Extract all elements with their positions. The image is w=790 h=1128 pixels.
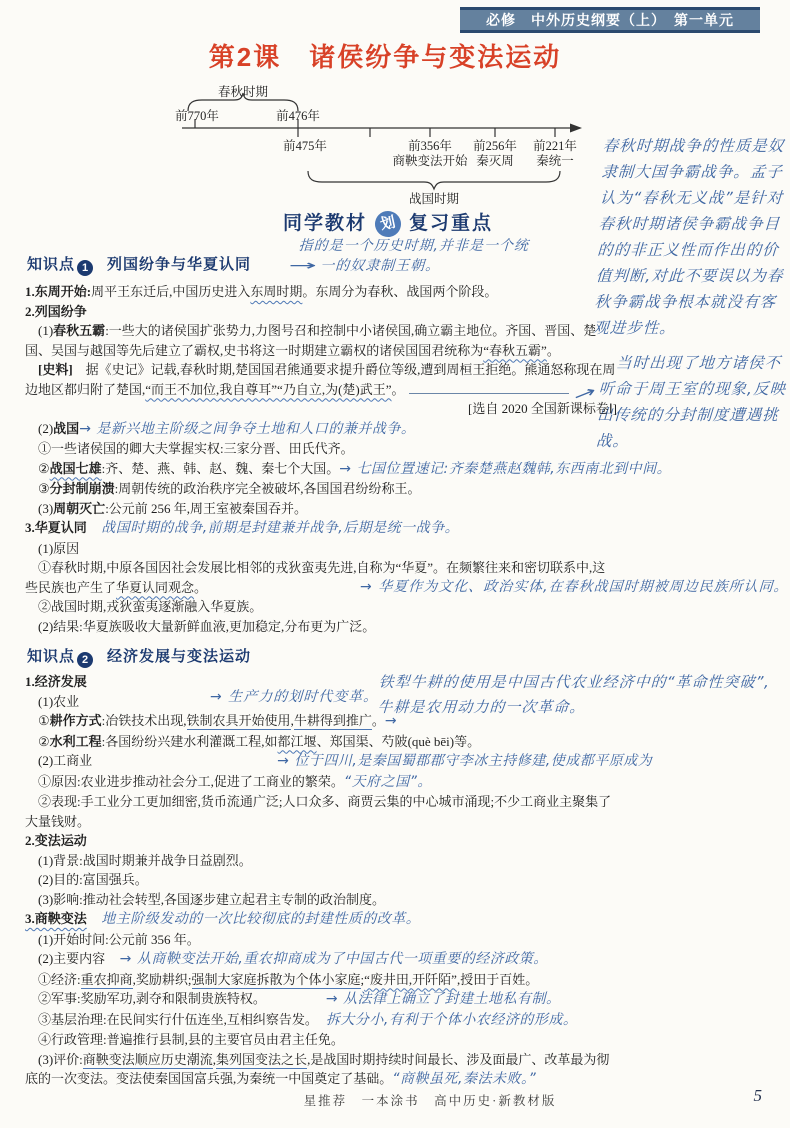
year-label-475bc: 前475年: [275, 139, 335, 154]
text-segment: ①一些诸侯国的卿大夫掌握实权:三家分晋、田氏代齐。: [38, 441, 354, 456]
paragraph: 1.经济发展: [25, 672, 617, 692]
text-segment: 东周时期: [250, 284, 302, 299]
text-segment: 周平王东迁后,中国历史进入: [91, 284, 250, 299]
text-segment: (2)主要内容: [38, 951, 105, 966]
text-segment: 耕作方式: [50, 713, 102, 728]
text-segment: ④行政管理:普遍推行县制,县的主要官员由君主任免。: [38, 1032, 344, 1047]
text-segment: “而王不加位,我自尊耳”“乃自立,为(楚)武王”: [145, 382, 391, 397]
note-line: →一的奴隶制王朝。: [297, 256, 529, 276]
year-label-221bc: 前221年: [515, 139, 595, 154]
text-segment: :公元前 256 年,周王室被秦国吞并。: [105, 501, 307, 516]
text-segment: [选自 2020 全国新课标卷Ⅰ]: [468, 401, 617, 416]
paragraph: ②水利工程:各国纷纷兴建水利灌溉工程,如都江堰、郑国渠、芍陂(què bēi)等…: [25, 732, 617, 752]
footer-text: 星推荐 一本涂书 高中历史·新教材版: [70, 1092, 790, 1110]
header-bar: 必修 中外历史纲要（上） 第一单元: [460, 7, 760, 33]
paragraph: (2)主要内容 → 从商鞅变法开始,重农抑商成为了中国古代一项重要的经济政策。: [25, 949, 617, 970]
paragraph: (2)工商业→ 位于四川,是秦国蜀郡郡守李冰主持修建,使成都平原成为: [25, 751, 617, 772]
text-segment: ①春秋时期,中原各国因社会发展比相邻的戎狄蛮夷先进,自称为“华夏”。在频繁往来和…: [25, 560, 605, 595]
paragraph: (1)背景:战国时期兼并战争日益剧烈。: [25, 851, 617, 871]
text-segment: 战国: [53, 421, 79, 436]
textbook-page: 必修 中外历史纲要（上） 第一单元 第2课 诸侯纷争与变法运动 春秋时期 前77…: [0, 0, 790, 1128]
paragraph: (1)春秋五霸:一些大的诸侯国扩张势力,力图号召和控制中小诸侯国,确立霸主地位。…: [25, 321, 617, 360]
main-column-2: 1.经济发展(1)农业①耕作方式:冶铁技术出现,铁制农具开始使用,牛耕得到推广。…: [25, 672, 617, 1090]
handwritten-note: 地主阶级发动的一次比较彻底的封建性质的改革。: [87, 911, 421, 927]
text-segment: 。东周分为春秋、战国两个阶段。: [302, 284, 497, 299]
text-segment: 2.变法运动: [25, 833, 87, 848]
paragraph: (2)战国→ 是新兴地主阶级之间争夺土地和人口的兼并战争。: [25, 419, 617, 440]
handwritten-note-dongzhou: 指的是一个历史时期,并非是一个统 →一的奴隶制王朝。: [297, 236, 530, 276]
section-heading-2: 知识点2经济发展与变法运动: [27, 648, 251, 668]
text-segment: ③基层治理:在民间实行什伍连坐,互相纠察告发。: [38, 1012, 311, 1027]
text-segment: 3.华夏认同: [25, 520, 87, 535]
text-segment: 、郑国渠、芍陂(què bēi)等。: [317, 734, 481, 749]
text-segment: 分封制崩溃: [50, 481, 115, 496]
paragraph: (2)目的:富国强兵。: [25, 870, 617, 890]
banner-left-text: 同学教材: [283, 211, 367, 237]
paragraph: ③分封制崩溃:周朝传统的政治秩序完全被破坏,各国国君纷纷称王。: [25, 479, 617, 499]
text-segment: 战国七雄: [50, 461, 102, 476]
curved-arrow-icon: →: [288, 256, 320, 276]
page-number: 5: [754, 1086, 763, 1106]
event-qin-unify: 前221年 秦统一: [515, 139, 595, 169]
text-segment: 2.列国纷争: [25, 304, 87, 319]
handwritten-note: → 是新兴地主阶级之间争夺土地和人口的兼并战争。: [79, 421, 415, 437]
text-segment: (1)背景:战国时期兼并战争日益剧烈。: [38, 853, 252, 868]
paragraph: ②军事:奖励军功,剥夺和限制贵族特权。→ 从法律上确立了封建土地私有制。: [25, 989, 617, 1010]
pen-line: [409, 387, 569, 394]
text-segment: ②: [38, 461, 50, 476]
text-segment: 春秋五霸: [53, 323, 105, 338]
paragraph: ③基层治理:在民间实行什伍连坐,互相纠察告发。 拆大分小,有利于个体小农经济的形…: [25, 1010, 617, 1031]
text-segment: (1)农业: [38, 694, 79, 709]
text-segment: 华夏认同观念: [116, 580, 194, 595]
text-segment: ③: [38, 481, 50, 496]
knowledge-point-number-badge: 1: [77, 260, 93, 276]
knowledge-point-label: 知识点: [27, 648, 75, 665]
text-segment: 。: [194, 580, 207, 595]
text-segment: 铁制农具开始使用: [187, 713, 291, 730]
text-segment: 1.东周开始:: [25, 284, 91, 299]
text-segment: (3): [38, 501, 53, 516]
paragraph: ②战国七雄:齐、楚、燕、韩、赵、魏、秦七个大国。→ 七国位置速记:齐秦楚燕赵魏韩…: [25, 459, 617, 480]
handwritten-note: → 七国位置速记:齐秦楚燕赵魏韩,东西南北到中间。: [339, 461, 671, 477]
handwritten-note: → 从商鞅变法开始,重农抑商成为了中国古代一项重要的经济政策。: [105, 951, 548, 967]
timeline: 春秋时期 前770年 前476年 前475年 前356年 商鞅变法开始 前256…: [150, 85, 630, 215]
text-segment: ②战国时期,戎狄蛮夷逐渐融入华夏族。: [38, 599, 262, 614]
warring-states-brace: [308, 171, 560, 189]
paragraph: ①耕作方式:冶铁技术出现,铁制农具开始使用,牛耕得到推广。→: [25, 711, 617, 732]
note-text: 一的奴隶制王朝。: [320, 258, 441, 274]
text-segment: (1)原因: [38, 541, 79, 556]
paragraph: ①经济:重农抑商,奖励耕织;强制大家庭拆散为个体小家庭;“废井田,开阡陌”,授田…: [25, 970, 617, 990]
banner-right-text: 复习重点: [409, 211, 493, 237]
text-segment: (2)结果:华夏族吸收大量新鲜血液,更加稳定,分布更为广泛。: [38, 619, 375, 634]
paragraph: (3)评价:商鞅变法顺应历史潮流,集列国变法之长,是战国时期持续时间最长、涉及面…: [25, 1050, 617, 1090]
year-label-770bc: 前770年: [171, 109, 223, 124]
text-segment: (1): [38, 323, 53, 338]
event-label-qin-unify: 秦统一: [515, 154, 595, 169]
paragraph: ①原因:农业进步推动社会分工,促进了工商业的繁荣。“天府之国”。: [25, 772, 617, 793]
paragraph: [史料] 据《史记》记载,春秋时期,楚国国君熊通要求提升爵位等级,遭到周桓王拒绝…: [25, 360, 617, 399]
paragraph: ①春秋时期,中原各国因社会发展比相邻的戎狄蛮夷先进,自称为“华夏”。在频繁往来和…: [25, 558, 617, 597]
text-segment: “废井田,开阡陌”: [364, 972, 457, 987]
text-segment: 1.经济发展: [25, 674, 87, 689]
handwritten-note: →: [385, 713, 397, 729]
text-segment: 集列国变法之长: [216, 1052, 307, 1069]
text-segment: 重农抑商: [81, 972, 133, 989]
text-segment: 3.商鞅变法: [25, 911, 87, 926]
handwritten-note: 拆大分小,有利于个体小农经济的形成。: [311, 1012, 577, 1028]
paragraph: 2.变法运动: [25, 831, 617, 851]
text-segment: ②: [38, 734, 50, 749]
text-segment: 。: [392, 382, 405, 397]
text-segment: (1)开始时间:公元前 356 年。: [38, 932, 200, 947]
text-segment: ,奖励耕织;: [133, 972, 192, 987]
review-banner: 同学教材 划 复习重点: [283, 211, 493, 237]
handwritten-note-chunqiu-war: 春秋时期战争的性质是奴隶制大国争霸战争。孟子认为“春秋无义战”是针对春秋时期诸侯…: [593, 133, 790, 341]
text-segment: ②军事:奖励军功,剥夺和限制贵族特权。: [38, 991, 266, 1006]
page-title: 第2课 诸侯纷争与变法运动: [150, 40, 620, 74]
paragraph: 3.商鞅变法 地主阶级发动的一次比较彻底的封建性质的改革。: [25, 909, 617, 930]
text-segment: ,授田于百姓。: [457, 972, 538, 987]
text-segment: 周朝灭亡: [53, 501, 105, 516]
section-title: 列国纷争与华夏认同: [107, 256, 251, 273]
section-heading-1: 知识点1列国纷争与华夏认同: [27, 256, 251, 276]
text-segment: 。: [547, 343, 560, 358]
paragraph: ①一些诸侯国的卿大夫掌握实权:三家分晋、田氏代齐。: [25, 439, 617, 459]
paragraph: (1)原因: [25, 539, 617, 559]
text-segment: :齐、楚、燕、韩、赵、魏、秦七个大国。: [102, 461, 340, 476]
section-title: 经济发展与变法运动: [107, 648, 251, 665]
paragraph: (3)影响:推动社会转型,各国逐步建立起君主专制的政治制度。: [25, 890, 617, 910]
paragraph: ④行政管理:普遍推行县制,县的主要官员由君主任免。: [25, 1030, 617, 1050]
text-segment: ①原因:农业进步推动社会分工,促进了工商业的繁荣。: [38, 774, 344, 789]
banner-badge-icon: 划: [373, 209, 404, 240]
paragraph: 1.东周开始:周平王东迁后,中国历史进入东周时期。东周分为春秋、战国两个阶段。: [25, 282, 617, 302]
paragraph: [选自 2020 全国新课标卷Ⅰ]: [25, 399, 617, 419]
text-segment: 。: [372, 713, 385, 728]
text-segment: (3)评价:: [38, 1052, 83, 1067]
knowledge-point-label: 知识点: [27, 256, 75, 273]
handwritten-note: 战国时期的战争,前期是封建兼并战争,后期是统一战争。: [87, 520, 459, 536]
paragraph: (1)农业: [25, 692, 617, 712]
text-segment: ①: [38, 713, 50, 728]
text-segment: (2)工商业: [38, 753, 92, 768]
text-segment: :周朝传统的政治秩序完全被破坏,各国国君纷纷称王。: [115, 481, 421, 496]
paragraph: (2)结果:华夏族吸收大量新鲜血液,更加稳定,分布更为广泛。: [25, 617, 617, 637]
handwritten-note: → 位于四川,是秦国蜀郡郡守李冰主持修建,使成都平原成为: [277, 753, 652, 769]
handwritten-note-fenfeng: 当时出现了地方诸侯不听命于周王室的现象,反映出传统的分封制度遭遇挑战。: [595, 350, 788, 454]
handwritten-note: → 从法律上确立了封建土地私有制。: [326, 991, 561, 1007]
paragraph: (3)周朝灭亡:公元前 256 年,周王室被秦国吞并。: [25, 499, 617, 519]
axis-arrowhead: [570, 124, 582, 133]
handwritten-note: “天府之国”。: [344, 774, 432, 790]
header-bar-text: 必修 中外历史纲要（上） 第一单元: [486, 12, 734, 28]
text-segment: 水利工程: [50, 734, 102, 749]
era-label-spring-autumn: 春秋时期: [203, 85, 283, 100]
text-segment: :各国纷纷兴建水利灌溉工程,如: [102, 734, 278, 749]
knowledge-point-number-badge: 2: [77, 652, 93, 668]
paragraph: 3.华夏认同 战国时期的战争,前期是封建兼并战争,后期是统一战争。: [25, 518, 617, 539]
text-segment: (2)目的:富国强兵。: [38, 872, 148, 887]
handwritten-note: “商鞅虽死,秦法未败。”: [392, 1071, 536, 1087]
era-label-warring-states: 战国时期: [394, 192, 474, 207]
text-segment: 商鞅变法顺应历史潮流: [83, 1052, 213, 1069]
text-segment: (3)影响:推动社会转型,各国逐步建立起君主专制的政治制度。: [38, 892, 385, 907]
text-segment: 都江堰: [278, 734, 317, 749]
paragraph: (1)开始时间:公元前 356 年。: [25, 930, 617, 950]
text-segment: ①经济:: [38, 972, 81, 987]
text-segment: (2): [38, 421, 53, 436]
text-segment: “春秋五霸”: [483, 343, 547, 358]
text-segment: 牛耕得到推广: [294, 713, 372, 730]
text-segment: [史料]: [38, 362, 73, 377]
paragraph: ②战国时期,戎狄蛮夷逐渐融入华夏族。: [25, 597, 617, 617]
paragraph: 2.列国纷争: [25, 302, 617, 322]
note-line: 指的是一个历史时期,并非是一个统: [298, 236, 530, 256]
year-label-476bc: 前476年: [272, 109, 324, 124]
text-segment: :冶铁技术出现,: [102, 713, 187, 728]
main-column-1: 1.东周开始:周平王东迁后,中国历史进入东周时期。东周分为春秋、战国两个阶段。2…: [25, 282, 617, 636]
paragraph: ②表现:手工业分工更加细密,货币流通广泛;人口众多、商贾云集的中心城市涌现;不少…: [25, 792, 617, 831]
text-segment: 强制大家庭拆散为个体小家庭: [192, 972, 361, 989]
text-segment: ②表现:手工业分工更加细密,货币流通广泛;人口众多、商贾云集的中心城市涌现;不少…: [25, 794, 611, 829]
